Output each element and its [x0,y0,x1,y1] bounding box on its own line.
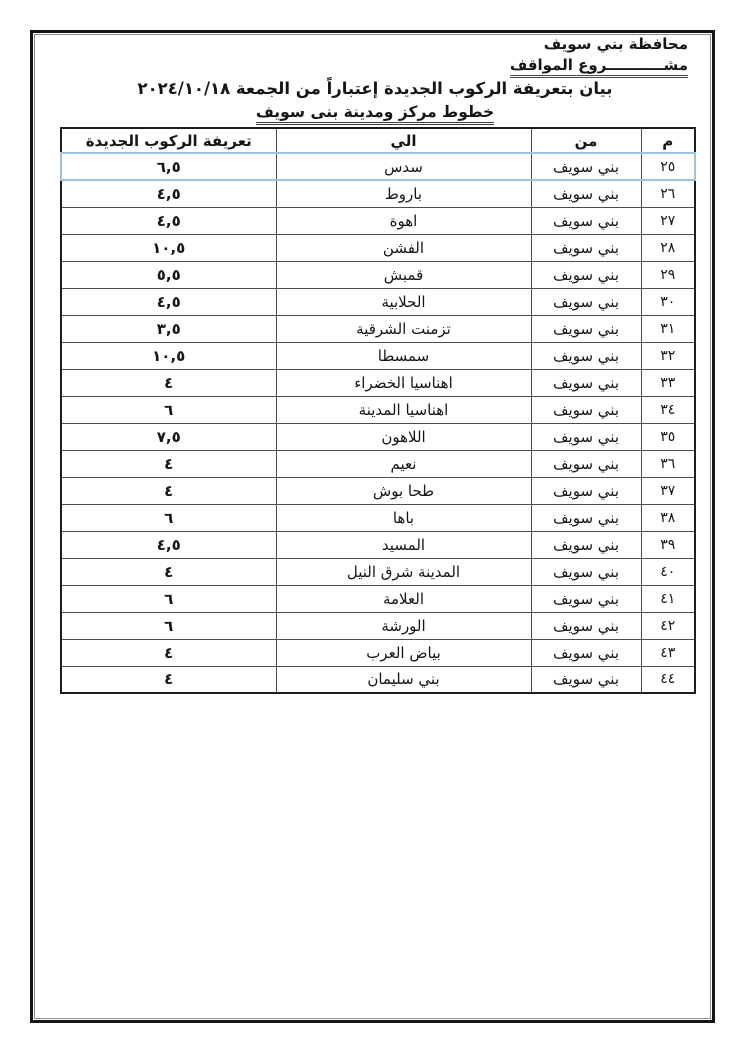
cell-from: بني سويف [531,612,641,639]
cell-destination: اهناسيا المدينة [276,396,531,423]
table-header-row: م من الي تعريفة الركوب الجديدة [61,128,695,153]
cell-number: ٤١ [641,585,695,612]
header-from: من [531,128,641,153]
cell-destination: المسيد [276,531,531,558]
table-row: ٣٨بني سويفباها٦ [61,504,695,531]
cell-destination: العلامة [276,585,531,612]
cell-from: بني سويف [531,207,641,234]
cell-destination: باروط [276,180,531,207]
cell-number: ٤٣ [641,639,695,666]
cell-new-fare: ٤ [61,369,276,396]
cell-destination: سدس [276,153,531,180]
cell-new-fare: ٧,٥ [61,423,276,450]
governorate-name: محافظة بني سويف [544,35,688,53]
cell-destination: اهناسيا الخضراء [276,369,531,396]
cell-number: ٣٣ [641,369,695,396]
cell-number: ٢٧ [641,207,695,234]
cell-from: بني سويف [531,180,641,207]
cell-new-fare: ٦ [61,396,276,423]
cell-new-fare: ٦ [61,585,276,612]
cell-destination: نعيم [276,450,531,477]
cell-number: ٣٨ [641,504,695,531]
cell-new-fare: ١٠,٥ [61,342,276,369]
cell-from: بني سويف [531,585,641,612]
cell-destination: قمبش [276,261,531,288]
cell-number: ٤٤ [641,666,695,693]
cell-number: ٢٨ [641,234,695,261]
cell-from: بني سويف [531,666,641,693]
table-row: ٤١بني سويفالعلامة٦ [61,585,695,612]
cell-number: ٤٠ [641,558,695,585]
cell-from: بني سويف [531,261,641,288]
table-row: ٣١بني سويفتزمنت الشرقية٣,٥ [61,315,695,342]
cell-new-fare: ١٠,٥ [61,234,276,261]
cell-number: ٣٠ [641,288,695,315]
document-subtitle-line: خطوط مركز ومدينة بنى سويف [0,102,750,125]
table-row: ٣٧بني سويفطحا بوش٤ [61,477,695,504]
document-title: بيان بتعريفة الركوب الجديدة إعتباراً من … [0,79,750,98]
table-row: ٢٩بني سويفقمبش٥,٥ [61,261,695,288]
cell-number: ٣٦ [641,450,695,477]
table-row: ٣٦بني سويفنعيم٤ [61,450,695,477]
cell-destination: الورشة [276,612,531,639]
table-row: ٤٣بني سويفبياض العرب٤ [61,639,695,666]
document-subtitle: خطوط مركز ومدينة بنى سويف [256,103,494,125]
scanned-fare-document: { "header": { "org": "محافظة بني سويف", … [0,0,750,1061]
cell-destination: الفشن [276,234,531,261]
table-row: ٣٩بني سويفالمسيد٤,٥ [61,531,695,558]
project-name-line: مشـــــــــــروع المواقف [510,56,688,78]
cell-from: بني سويف [531,396,641,423]
cell-from: بني سويف [531,477,641,504]
table-row: ٤٠بني سويفالمدينة شرق النيل٤ [61,558,695,585]
header-new-fare: تعريفة الركوب الجديدة [61,128,276,153]
cell-new-fare: ٤,٥ [61,207,276,234]
table-row: ٢٦بني سويفباروط٤,٥ [61,180,695,207]
table-row: ٢٥بني سويفسدس٦,٥ [61,153,695,180]
cell-destination: بني سليمان [276,666,531,693]
cell-new-fare: ٦ [61,612,276,639]
table-row: ٣٢بني سويفسمسطا١٠,٥ [61,342,695,369]
cell-new-fare: ٦,٥ [61,153,276,180]
header-number: م [641,128,695,153]
table-row: ٣٤بني سويفاهناسيا المدينة٦ [61,396,695,423]
cell-new-fare: ٤,٥ [61,288,276,315]
cell-destination: المدينة شرق النيل [276,558,531,585]
cell-number: ٣٩ [641,531,695,558]
cell-number: ٤٢ [641,612,695,639]
cell-from: بني سويف [531,558,641,585]
cell-number: ٢٦ [641,180,695,207]
cell-new-fare: ٤ [61,477,276,504]
cell-from: بني سويف [531,504,641,531]
cell-from: بني سويف [531,288,641,315]
cell-from: بني سويف [531,639,641,666]
cell-destination: اللاهون [276,423,531,450]
cell-destination: سمسطا [276,342,531,369]
cell-from: بني سويف [531,450,641,477]
cell-number: ٣٢ [641,342,695,369]
cell-new-fare: ٤ [61,558,276,585]
cell-number: ٣١ [641,315,695,342]
table-row: ٣٣بني سويفاهناسيا الخضراء٤ [61,369,695,396]
cell-from: بني سويف [531,234,641,261]
cell-new-fare: ٤ [61,639,276,666]
fare-table-body: ٢٥بني سويفسدس٦,٥٢٦بني سويفباروط٤,٥٢٧بني … [61,153,695,693]
cell-new-fare: ٤ [61,450,276,477]
cell-new-fare: ٥,٥ [61,261,276,288]
cell-new-fare: ٤ [61,666,276,693]
table-row: ٢٧بني سويفاهوة٤,٥ [61,207,695,234]
cell-from: بني سويف [531,315,641,342]
cell-new-fare: ٣,٥ [61,315,276,342]
cell-destination: باها [276,504,531,531]
cell-destination: اهوة [276,207,531,234]
cell-new-fare: ٤,٥ [61,531,276,558]
header-to: الي [276,128,531,153]
cell-number: ٣٤ [641,396,695,423]
table-row: ٣٠بني سويفالحلابية٤,٥ [61,288,695,315]
cell-from: بني سويف [531,369,641,396]
cell-number: ٢٥ [641,153,695,180]
cell-new-fare: ٦ [61,504,276,531]
cell-destination: تزمنت الشرقية [276,315,531,342]
cell-from: بني سويف [531,153,641,180]
table-row: ٢٨بني سويفالفشن١٠,٥ [61,234,695,261]
cell-destination: الحلابية [276,288,531,315]
table-row: ٤٢بني سويفالورشة٦ [61,612,695,639]
cell-destination: طحا بوش [276,477,531,504]
fare-table: م من الي تعريفة الركوب الجديدة ٢٥بني سوي… [60,127,696,694]
cell-number: ٣٥ [641,423,695,450]
cell-from: بني سويف [531,423,641,450]
cell-number: ٢٩ [641,261,695,288]
cell-number: ٣٧ [641,477,695,504]
cell-from: بني سويف [531,531,641,558]
table-row: ٣٥بني سويفاللاهون٧,٥ [61,423,695,450]
cell-new-fare: ٤,٥ [61,180,276,207]
cell-destination: بياض العرب [276,639,531,666]
project-name: مشـــــــــــروع المواقف [510,56,688,78]
table-row: ٤٤بني سويفبني سليمان٤ [61,666,695,693]
cell-from: بني سويف [531,342,641,369]
